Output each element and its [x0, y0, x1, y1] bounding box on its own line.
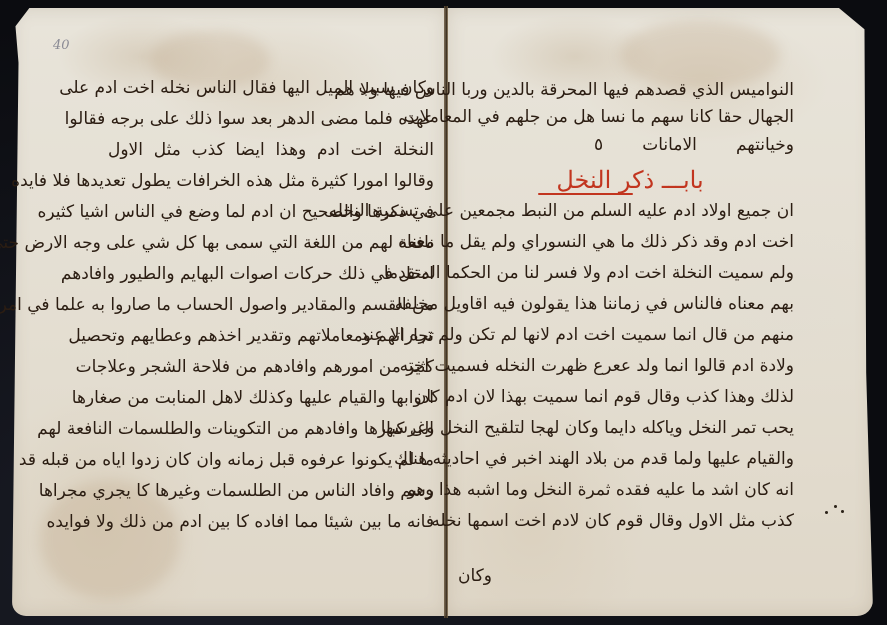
- rubric-flourish: [538, 193, 633, 195]
- text-line: ان جميع اولاد ادم عليه السلم من النبط مج…: [476, 201, 794, 221]
- text-line: نافعة لهم من اللغة التي سمى بها كل شي عل…: [108, 233, 434, 253]
- manuscript-spread: 40 وكان سبب الميل اليها فقال الناس نخله …: [0, 0, 887, 625]
- text-line: يحب تمر النخل وياكله دايما وكان لهجا لتل…: [476, 418, 794, 438]
- text-line: ما لم يكونوا عرفوه قبل زمانه وان كان زدو…: [108, 450, 434, 470]
- text-line: وقالوا امورا كثيرة مثل هذه الخرافات يطول…: [108, 171, 434, 191]
- left-page-text: وكان سبب الميل اليها فقال الناس نخله اخت…: [108, 78, 434, 538]
- text-line: النواميس الذي قصدهم فيها المحرقة بالدين …: [476, 80, 794, 100]
- text-line: ولم سميت النخلة اخت ادم ولا فسر لنا من ا…: [476, 263, 794, 283]
- text-line: رسم وافاد الناس من الطلسمات وغيرها كا يج…: [108, 481, 434, 501]
- text-line: منهم من قال انما سميت اخت ادم لانها لم ت…: [476, 325, 794, 345]
- text-line: انه كان اشد ما عليه فقده ثمرة النخل وما …: [476, 480, 794, 500]
- text-line: الجهال حقا كانا سهم ما نسا هل من جلهم في…: [476, 107, 794, 127]
- text-line: وخيانتهم الامانات ٥: [594, 135, 794, 155]
- margin-ink-dots: [825, 505, 845, 519]
- text-line: عهده فلما مضى الدهر بعد سوا ذلك على برجه…: [108, 109, 434, 129]
- text-line: ولادة ادم قالوا انما ولد ععرع ظهرت النخل…: [476, 356, 794, 376]
- text-line: كثير من امورهم وافادهم من فلاحة الشجر وع…: [108, 357, 434, 377]
- folio-number: 40: [53, 38, 70, 53]
- chapter-heading-rubric: بابـــ ذكر النخل: [535, 166, 725, 194]
- catchword: وكان: [458, 566, 492, 586]
- text-line: اخت ادم وقد ذكر ذلك ما هي النسوراي ولم ي…: [476, 232, 794, 252]
- text-line: ادوابها والقيام عليها وكذلك لاهل المنابت…: [108, 388, 434, 408]
- text-line: بهم معناه فالناس في زماننا هذا يقولون في…: [476, 294, 794, 314]
- text-line: كذب مثل الاول وقال قوم كان لادم اخت اسمه…: [476, 511, 794, 531]
- text-line: والقيام عليها ولما قدم من بلاد الهند اخب…: [476, 449, 794, 469]
- text-line: من القسم والمقادير واصول الحساب ما صاروا…: [108, 295, 434, 315]
- text-line: لذلك وهذا كذب وقال قوم انما سميت بهذا لا…: [476, 387, 794, 407]
- text-line: النخلة اخت ادم وهذا ايضا كذب مثل الاول: [108, 140, 434, 160]
- right-page-text: النواميس الذي قصدهم فيها المحرقة بالدين …: [476, 80, 794, 540]
- text-line: فانه ما بين شيئا مما افاده كا بين ادم من…: [108, 512, 434, 532]
